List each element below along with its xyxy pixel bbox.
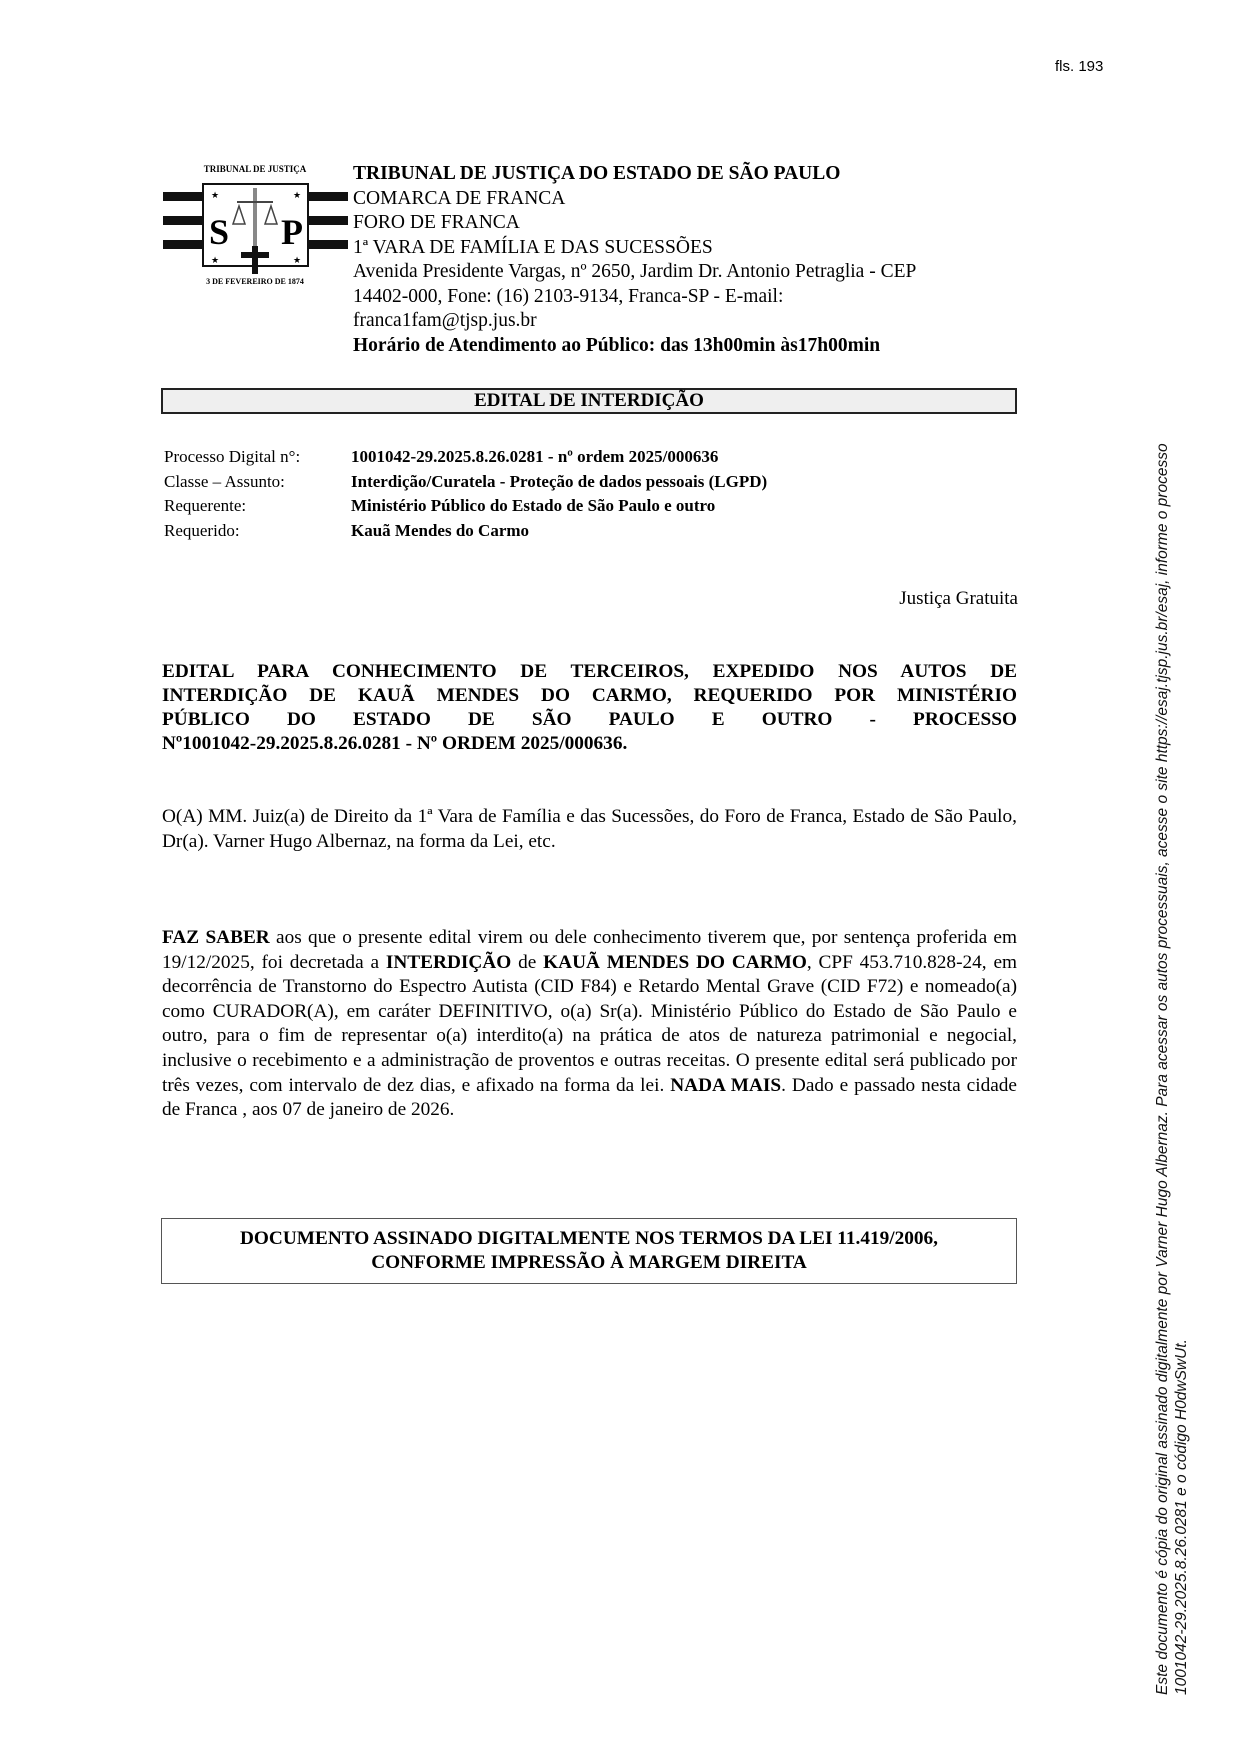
foro: FORO DE FRANCA	[353, 211, 916, 236]
email: franca1fam@tjsp.jus.br	[353, 309, 916, 334]
svg-text:★: ★	[293, 190, 301, 200]
svg-text:★: ★	[211, 255, 219, 265]
case-info-value: 1001042-29.2025.8.26.0281 - nº ordem 202…	[351, 445, 718, 470]
svg-text:★: ★	[293, 255, 301, 265]
nada-mais-text: NADA MAIS	[670, 1075, 781, 1096]
digital-signature-notice: DOCUMENTO ASSINADO DIGITALMENTE NOS TERM…	[161, 1218, 1017, 1284]
faz-saber-paragraph: FAZ SABER aos que o presente edital vire…	[162, 926, 1017, 1123]
logo-left-letter: S	[209, 212, 229, 252]
case-info-row: Classe – Assunto: Interdição/Curatela - …	[164, 470, 767, 495]
side-verification-note: Este documento é cópia do original assin…	[1153, 443, 1191, 1695]
vara: 1ª VARA DE FAMÍLIA E DAS SUCESSÕES	[353, 236, 916, 261]
address-line-2: 14402-000, Fone: (16) 2103-9134, Franca-…	[353, 285, 916, 310]
faz-saber-lead: FAZ SABER	[162, 927, 270, 948]
edital-heading-line: Nº1001042-29.2025.8.26.0281 - Nº ORDEM 2…	[162, 733, 627, 754]
side-note-line: Este documento é cópia do original assin…	[1153, 443, 1172, 1695]
case-info-label: Requerente:	[164, 494, 351, 519]
interdicted-name: KAUÃ MENDES DO CARMO	[543, 952, 807, 973]
case-info-value: Ministério Público do Estado de São Paul…	[351, 494, 715, 519]
document-title: EDITAL DE INTERDIÇÃO	[161, 388, 1017, 414]
logo-bottom-text: 3 DE FEVEREIRO DE 1874	[206, 277, 304, 286]
office-hours: Horário de Atendimento ao Público: das 1…	[353, 334, 916, 359]
signature-line: CONFORME IMPRESSÃO À MARGEM DIREITA	[162, 1251, 1016, 1275]
case-info-row: Requerente: Ministério Público do Estado…	[164, 494, 767, 519]
edital-heading: EDITAL PARA CONHECIMENTO DE TERCEIROS, E…	[162, 660, 1017, 756]
paragraph-text: de	[511, 952, 543, 973]
edital-heading-line: INTERDIÇÃO DE KAUÃ MENDES DO CARMO, REQU…	[162, 684, 1017, 708]
edital-heading-line: EDITAL PARA CONHECIMENTO DE TERCEIROS, E…	[162, 660, 1017, 684]
court-logo: TRIBUNAL DE JUSTIÇA S P ★ ★ ★ ★ 3 DE FEV…	[163, 148, 348, 288]
court-name: TRIBUNAL DE JUSTIÇA DO ESTADO DE SÃO PAU…	[353, 162, 916, 187]
signature-line: DOCUMENTO ASSINADO DIGITALMENTE NOS TERM…	[162, 1227, 1016, 1251]
logo-top-text: TRIBUNAL DE JUSTIÇA	[204, 164, 307, 174]
case-info-row: Processo Digital n°: 1001042-29.2025.8.2…	[164, 445, 767, 470]
court-header: TRIBUNAL DE JUSTIÇA DO ESTADO DE SÃO PAU…	[353, 162, 916, 358]
case-info-row: Requerido: Kauã Mendes do Carmo	[164, 519, 767, 544]
svg-text:★: ★	[211, 190, 219, 200]
case-info-label: Classe – Assunto:	[164, 470, 351, 495]
comarca: COMARCA DE FRANCA	[353, 187, 916, 212]
address-line-1: Avenida Presidente Vargas, nº 2650, Jard…	[353, 260, 916, 285]
case-info-label: Processo Digital n°:	[164, 445, 351, 470]
case-info: Processo Digital n°: 1001042-29.2025.8.2…	[164, 445, 767, 543]
case-info-label: Requerido:	[164, 519, 351, 544]
case-info-value: Interdição/Curatela - Proteção de dados …	[351, 470, 767, 495]
interdicao-text: INTERDIÇÃO	[386, 952, 511, 973]
edital-heading-line: PÚBLICO DO ESTADO DE SÃO PAULO E OUTRO -…	[162, 708, 1017, 732]
side-note-line: 1001042-29.2025.8.26.0281 e o código H0d…	[1172, 443, 1191, 1695]
justica-gratuita: Justiça Gratuita	[899, 588, 1018, 610]
page-number: fls. 193	[1055, 58, 1103, 75]
logo-right-letter: P	[281, 212, 303, 252]
case-info-value: Kauã Mendes do Carmo	[351, 519, 529, 544]
judge-paragraph: O(A) MM. Juiz(a) de Direito da 1ª Vara d…	[162, 804, 1017, 854]
